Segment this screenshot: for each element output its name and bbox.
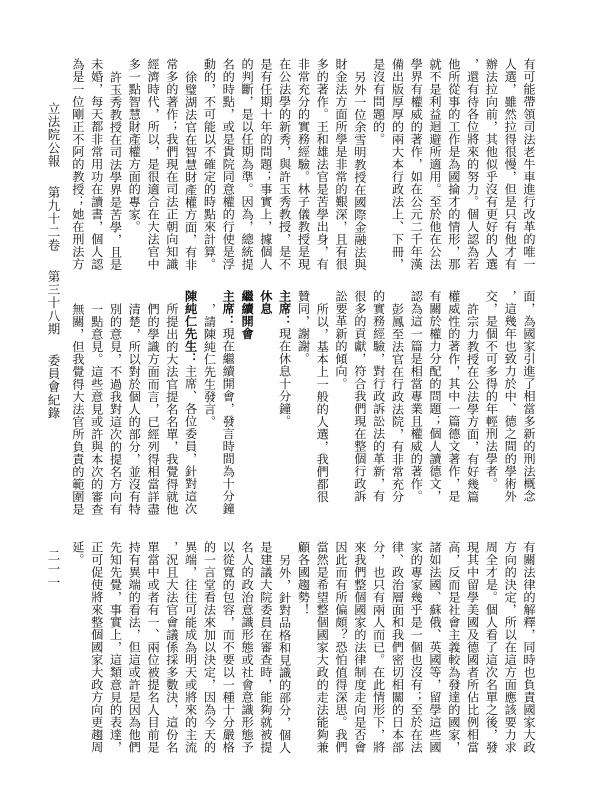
column-text: 現在繼續開會，發言時間為十分鐘 xyxy=(221,328,235,516)
column-text: 有關法律的解釋，同時也負責國家大政 xyxy=(522,541,536,754)
column-text: 權威性的著作，其中一篇德文著作，是 xyxy=(447,290,461,503)
text-column: 認為這一篇是相當專業且權威的著作。 xyxy=(406,290,425,518)
column-text: 主席、各位委員，針對這次 xyxy=(184,365,198,515)
text-column: 另外，針對品格和見識的部分，個人 xyxy=(275,541,294,761)
text-column: 以從寬的包容，而不要以一種十分嚴格 xyxy=(218,541,237,761)
text-column: 的一言堂看法來加以決定，因為今天的 xyxy=(200,541,219,761)
text-column: 異端，往往可能成為明天或將來的主流 xyxy=(181,541,200,761)
text-column: 延。 xyxy=(68,541,87,761)
text-column: 有關於權力分配的問題；個人讀德文， xyxy=(425,290,444,518)
section-label: 委員會紀錄 xyxy=(44,354,62,420)
column-text: 高，反而是社會主義較為發達的國家， xyxy=(447,541,461,754)
column-text: 另外一位余雪明教授在國際金融法與 xyxy=(353,71,367,271)
column-text: 方向的決定，所以在這方面應該要力求 xyxy=(503,541,517,754)
column-text: 辦法拉向前，其他似乎沒有更好的人選 xyxy=(484,58,498,271)
text-column: 權威性的著作，其中一篇德文著作，是 xyxy=(444,290,463,518)
column-text: 是有任期十年的問題；事實上，據個人 xyxy=(259,58,273,271)
column-text: 未婚，每天都非常用功在讀書，個人認 xyxy=(90,58,104,271)
column-text: 延。 xyxy=(71,541,85,566)
text-column: ，這幾年也致力於中、德之間的學術外 xyxy=(500,290,519,518)
text-column: 顧各國趨勢！ xyxy=(294,541,313,761)
text-column: 多的著作。王和雄法官是苦學出身，有 xyxy=(312,58,331,278)
column-text: 的判斷，是以任期為準。因為，總統提 xyxy=(240,58,254,271)
column-text: 諸如法國、蘇俄、英國等，留學這些國 xyxy=(428,541,442,754)
column-text: 別的意見，不過我對這次的提名方向有 xyxy=(108,303,122,516)
text-column: ，況且大法官會議係採多數決，這份名 xyxy=(162,541,181,761)
text-block-middle: 面，為國家引進了相當多新的刑法概念，這幾年也致力於中、德之間的學術外交，是個不可… xyxy=(68,290,538,518)
column-text: 許玉秀教授在司法學界是苦學，且是 xyxy=(108,71,122,271)
text-column: 面，為國家引進了相當多新的刑法概念 xyxy=(519,290,538,518)
publication-title: 立法院公報 xyxy=(44,102,62,168)
column-text: 有關於權力分配的問題；個人讀德文， xyxy=(428,290,442,503)
text-block-lower: 有關法律的解釋，同時也負責國家大政方向的決定，所以在這方面應該要力求周全才是。個… xyxy=(68,541,538,761)
text-column: 家的專家幾乎是一個也沒有；至於在法 xyxy=(406,541,425,761)
text-column: 是建議大院委員在審查時，能夠就被提 xyxy=(256,541,275,761)
text-column: 高，反而是社會主義較為發達的國家， xyxy=(444,541,463,761)
column-text: 徐璧湖法官在智慧財產權方面，有非 xyxy=(184,71,198,271)
column-text: 訟要革新的傾向。 xyxy=(334,290,348,390)
text-column: 人選，雖然拉得很慢，但是只有他才有 xyxy=(500,58,519,278)
column-text: 先知先覺，事實上，這類意見的表達， xyxy=(108,541,122,754)
speaker-label: 陳純仁先生： xyxy=(184,290,198,365)
column-text: 是建議大院委員在審查時，能夠就被提 xyxy=(259,541,273,754)
column-text: ，況且大法官會議係採多數決，這份名 xyxy=(165,541,179,754)
column-text: 清楚，所以對於個人的部分，並沒有特 xyxy=(127,303,141,516)
text-column: 他所從事的工作是為國掄才的情形，那 xyxy=(444,58,463,278)
text-column: 無關，但我覺得大法官所負責的範圍是 xyxy=(68,290,87,518)
column-text: 許宗力教授在公法學方面，有好幾篇 xyxy=(466,303,480,503)
text-column: 的實務經驗，對行政訴訟法的革新，有 xyxy=(369,290,388,518)
column-text: ，請陳純仁先生發言。 xyxy=(202,303,216,428)
column-text: 因此而有所偏頗？恐怕值得深思。我們 xyxy=(334,541,348,754)
text-column: 經濟時代，所以，是很適合在大法官中 xyxy=(143,58,162,278)
column-text: 學界有權威的著作，如在公元二千年漢 xyxy=(409,58,423,271)
text-column: 休息 xyxy=(256,290,275,518)
text-column: 所提出的大法官提名名單，我覺得就他 xyxy=(162,290,181,518)
column-text: 備出版厚厚的兩大本行政法上、下冊， xyxy=(390,58,404,271)
column-text: 在公法學的新秀，與許玉秀教授，是不 xyxy=(278,58,292,271)
column-text: 的一言堂看法來加以決定，因為今天的 xyxy=(202,541,216,754)
text-column: 動的，不可能以不確定的時點來計算。 xyxy=(200,58,219,278)
column-text: 多的著作。王和雄法官是苦學出身，有 xyxy=(315,58,329,271)
text-column: 彭鳳至法官在行政法院，有非常充分 xyxy=(388,290,407,518)
text-column: 就不是利益迴避所適用。至於他在公法 xyxy=(425,58,444,278)
text-column: 備出版厚厚的兩大本行政法上、下冊， xyxy=(388,58,407,278)
column-text: 來我們整個國家的法律制度走向是否會 xyxy=(353,541,367,754)
column-text: 名人的政治意識形態或社會意識形態予 xyxy=(240,541,254,754)
text-column: 單當中或者有一、兩位被提名人目前是 xyxy=(143,541,162,761)
text-column: 所以，基本上一般的人選，我們都很 xyxy=(312,290,331,518)
text-column: 有關法律的解釋，同時也負責國家大政 xyxy=(519,541,538,761)
column-text: 他所從事的工作是為國掄才的情形，那 xyxy=(447,58,461,271)
text-column: 一點意見。這些意見或許與本次的審查 xyxy=(87,290,106,518)
column-text: 彭鳳至法官在行政法院，有非常充分 xyxy=(390,303,404,503)
text-column: 許玉秀教授在司法學界是苦學，且是 xyxy=(106,58,125,278)
column-text: 以從寬的包容，而不要以一種十分嚴格 xyxy=(221,541,235,754)
speaker-label: 主席： xyxy=(221,290,235,328)
text-column: ，還有待各位將來的努力。個人認為若 xyxy=(463,58,482,278)
column-text: 單當中或者有一、兩位被提名人目前是 xyxy=(146,541,160,754)
text-column: 現其中留學美國及德國者所佔比例相當 xyxy=(463,541,482,761)
column-text: 另外，針對品格和見識的部分，個人 xyxy=(278,554,292,754)
column-text: 無關，但我覺得大法官所負責的範圍是 xyxy=(71,303,85,516)
column-text: 一點意見。這些意見或許與本次的審查 xyxy=(90,303,104,516)
text-column: 名人的政治意識形態或社會意識形態予 xyxy=(237,541,256,761)
text-column: 未婚，每天都非常用功在讀書，個人認 xyxy=(87,58,106,278)
column-text: 常多的著作；我們現在司法正朝向知識 xyxy=(165,58,179,271)
column-text: 為是一位剛正不阿的教授；她在刑法方 xyxy=(71,58,85,271)
text-block-upper: 有可能帶領司法老牛車進行改革的唯一人選，雖然拉得很慢，但是只有他才有辦法拉向前，… xyxy=(68,58,538,278)
column-text: 分，也只有兩人而已。在此情形下，將 xyxy=(372,541,386,754)
text-column: 律、政治層面和我們密切相關的日本部 xyxy=(388,541,407,761)
text-column: 陳純仁先生：主席、各位委員，針對這次 xyxy=(181,290,200,518)
column-text: ，這幾年也致力於中、德之間的學術外 xyxy=(503,290,517,503)
text-column: 周全才是。個人看了這次名單之後，發 xyxy=(482,541,501,761)
column-text: 是沒有問題的。 xyxy=(372,58,386,146)
text-column: ，請陳純仁先生發言。 xyxy=(200,290,219,518)
text-column: 學界有權威的著作，如在公元二千年漢 xyxy=(406,58,425,278)
column-text: 的實務經驗，對行政訴訟法的革新，有 xyxy=(372,290,386,503)
text-column: 因此而有所偏頗？恐怕值得深思。我們 xyxy=(331,541,350,761)
column-text: 們的學識方面而言，已經列得相當詳盡 xyxy=(146,303,160,516)
column-text: 人選，雖然拉得很慢，但是只有他才有 xyxy=(503,58,517,271)
running-footer: 立法院公報 第九十二卷 第三十八期 委員會紀錄 xyxy=(44,102,62,434)
text-column: 主席：現在休息十分鐘。 xyxy=(275,290,294,518)
column-text: 所以，基本上一般的人選，我們都很 xyxy=(315,303,329,503)
text-column: 非常充分的實務經驗。林子儀教授是現 xyxy=(294,58,313,278)
column-text: 多一點智慧財產權方面的專家。 xyxy=(127,58,141,233)
column-text: 名的時點，或是貴院同意權的行使是浮 xyxy=(221,58,235,271)
column-text: 財金法方面所學是非常的艱深，且有很 xyxy=(334,58,348,271)
text-column: 持有異端的看法，但這或許是因為他們 xyxy=(124,541,143,761)
column-text: 交，是個不可多得的年輕刑法學者。 xyxy=(484,290,498,490)
text-column: 常多的著作；我們現在司法正朝向知識 xyxy=(162,58,181,278)
column-text: 經濟時代，所以，是很適合在大法官中 xyxy=(146,58,160,271)
column-text: 就不是利益迴避所適用。至於他在公法 xyxy=(428,58,442,271)
column-text: 持有異端的看法，但這或許是因為他們 xyxy=(127,541,141,754)
text-column: 另外一位余雪明教授在國際金融法與 xyxy=(350,58,369,278)
text-column: 徐璧湖法官在智慧財產權方面，有非 xyxy=(181,58,200,278)
issue-label: 第三十八期 xyxy=(44,270,62,336)
column-text: 家的專家幾乎是一個也沒有；至於在法 xyxy=(409,541,423,754)
column-text: 異端，往往可能成為明天或將來的主流 xyxy=(184,541,198,754)
column-text: ，還有待各位將來的努力。個人認為若 xyxy=(466,58,480,271)
text-column: 的判斷，是以任期為準。因為，總統提 xyxy=(237,58,256,278)
column-text: 很多的貢獻，符合我們現在整個行政訴 xyxy=(353,290,367,503)
text-column: 是有任期十年的問題；事實上，據個人 xyxy=(256,58,275,278)
column-text: 律、政治層面和我們密切相關的日本部 xyxy=(390,541,404,754)
text-column: 有可能帶領司法老牛車進行改革的唯一 xyxy=(519,58,538,278)
column-text: 周全才是。個人看了這次名單之後，發 xyxy=(484,541,498,754)
text-column: 當然是希望整個國家大政的走法能夠兼 xyxy=(312,541,331,761)
text-column: 諸如法國、蘇俄、英國等，留學這些國 xyxy=(425,541,444,761)
text-column: 是沒有問題的。 xyxy=(369,58,388,278)
speaker-label: 主席： xyxy=(278,290,292,328)
text-column: 贊同，謝謝。 xyxy=(294,290,313,518)
text-column: 辦法拉向前，其他似乎沒有更好的人選 xyxy=(482,58,501,278)
text-column: 交，是個不可多得的年輕刑法學者。 xyxy=(482,290,501,518)
column-text: 現其中留學美國及德國者所佔比例相當 xyxy=(466,541,480,754)
text-column: 們的學識方面而言，已經列得相當詳盡 xyxy=(143,290,162,518)
column-text: 所提出的大法官提名名單，我覺得就他 xyxy=(165,303,179,516)
text-column: 為是一位剛正不阿的教授；她在刑法方 xyxy=(68,58,87,278)
column-text: 顧各國趨勢！ xyxy=(296,541,310,616)
text-column: 繼續開會 xyxy=(237,290,256,518)
column-text: 現在休息十分鐘。 xyxy=(278,328,292,428)
text-column: 主席：現在繼續開會，發言時間為十分鐘 xyxy=(218,290,237,518)
column-text: 面，為國家引進了相當多新的刑法概念 xyxy=(522,290,536,503)
text-column: 多一點智慧財產權方面的專家。 xyxy=(124,58,143,278)
section-heading: 繼續開會 xyxy=(240,290,254,340)
text-column: 方向的決定，所以在這方面應該要力求 xyxy=(500,541,519,761)
text-column: 許宗力教授在公法學方面，有好幾篇 xyxy=(463,290,482,518)
text-column: 分，也只有兩人而已。在此情形下，將 xyxy=(369,541,388,761)
column-text: 贊同，謝謝。 xyxy=(296,290,310,365)
section-heading: 休息 xyxy=(259,290,273,315)
text-column: 先知先覺，事實上，這類意見的表達， xyxy=(106,541,125,761)
volume-label: 第九十二卷 xyxy=(44,186,62,252)
column-text: 有可能帶領司法老牛車進行改革的唯一 xyxy=(522,58,536,271)
text-column: 名的時點，或是貴院同意權的行使是浮 xyxy=(218,58,237,278)
column-text: 當然是希望整個國家大政的走法能夠兼 xyxy=(315,541,329,754)
text-column: 訟要革新的傾向。 xyxy=(331,290,350,518)
text-column: 財金法方面所學是非常的艱深，且有很 xyxy=(331,58,350,278)
column-text: 動的，不可能以不確定的時點來計算。 xyxy=(202,58,216,271)
text-column: 在公法學的新秀，與許玉秀教授，是不 xyxy=(275,58,294,278)
text-column: 正可促使將來整個國家大政方向更趨周 xyxy=(87,541,106,761)
text-column: 別的意見，不過我對這次的提名方向有 xyxy=(106,290,125,518)
text-column: 很多的貢獻，符合我們現在整個行政訴 xyxy=(350,290,369,518)
column-text: 正可促使將來整個國家大政方向更趨周 xyxy=(90,541,104,754)
column-text: 非常充分的實務經驗。林子儀教授是現 xyxy=(296,58,310,271)
text-column: 來我們整個國家的法律制度走向是否會 xyxy=(350,541,369,761)
text-column: 清楚，所以對於個人的部分，並沒有特 xyxy=(124,290,143,518)
column-text: 認為這一篇是相當專業且權威的著作。 xyxy=(409,290,423,503)
page-number: 二一一 xyxy=(44,549,62,590)
